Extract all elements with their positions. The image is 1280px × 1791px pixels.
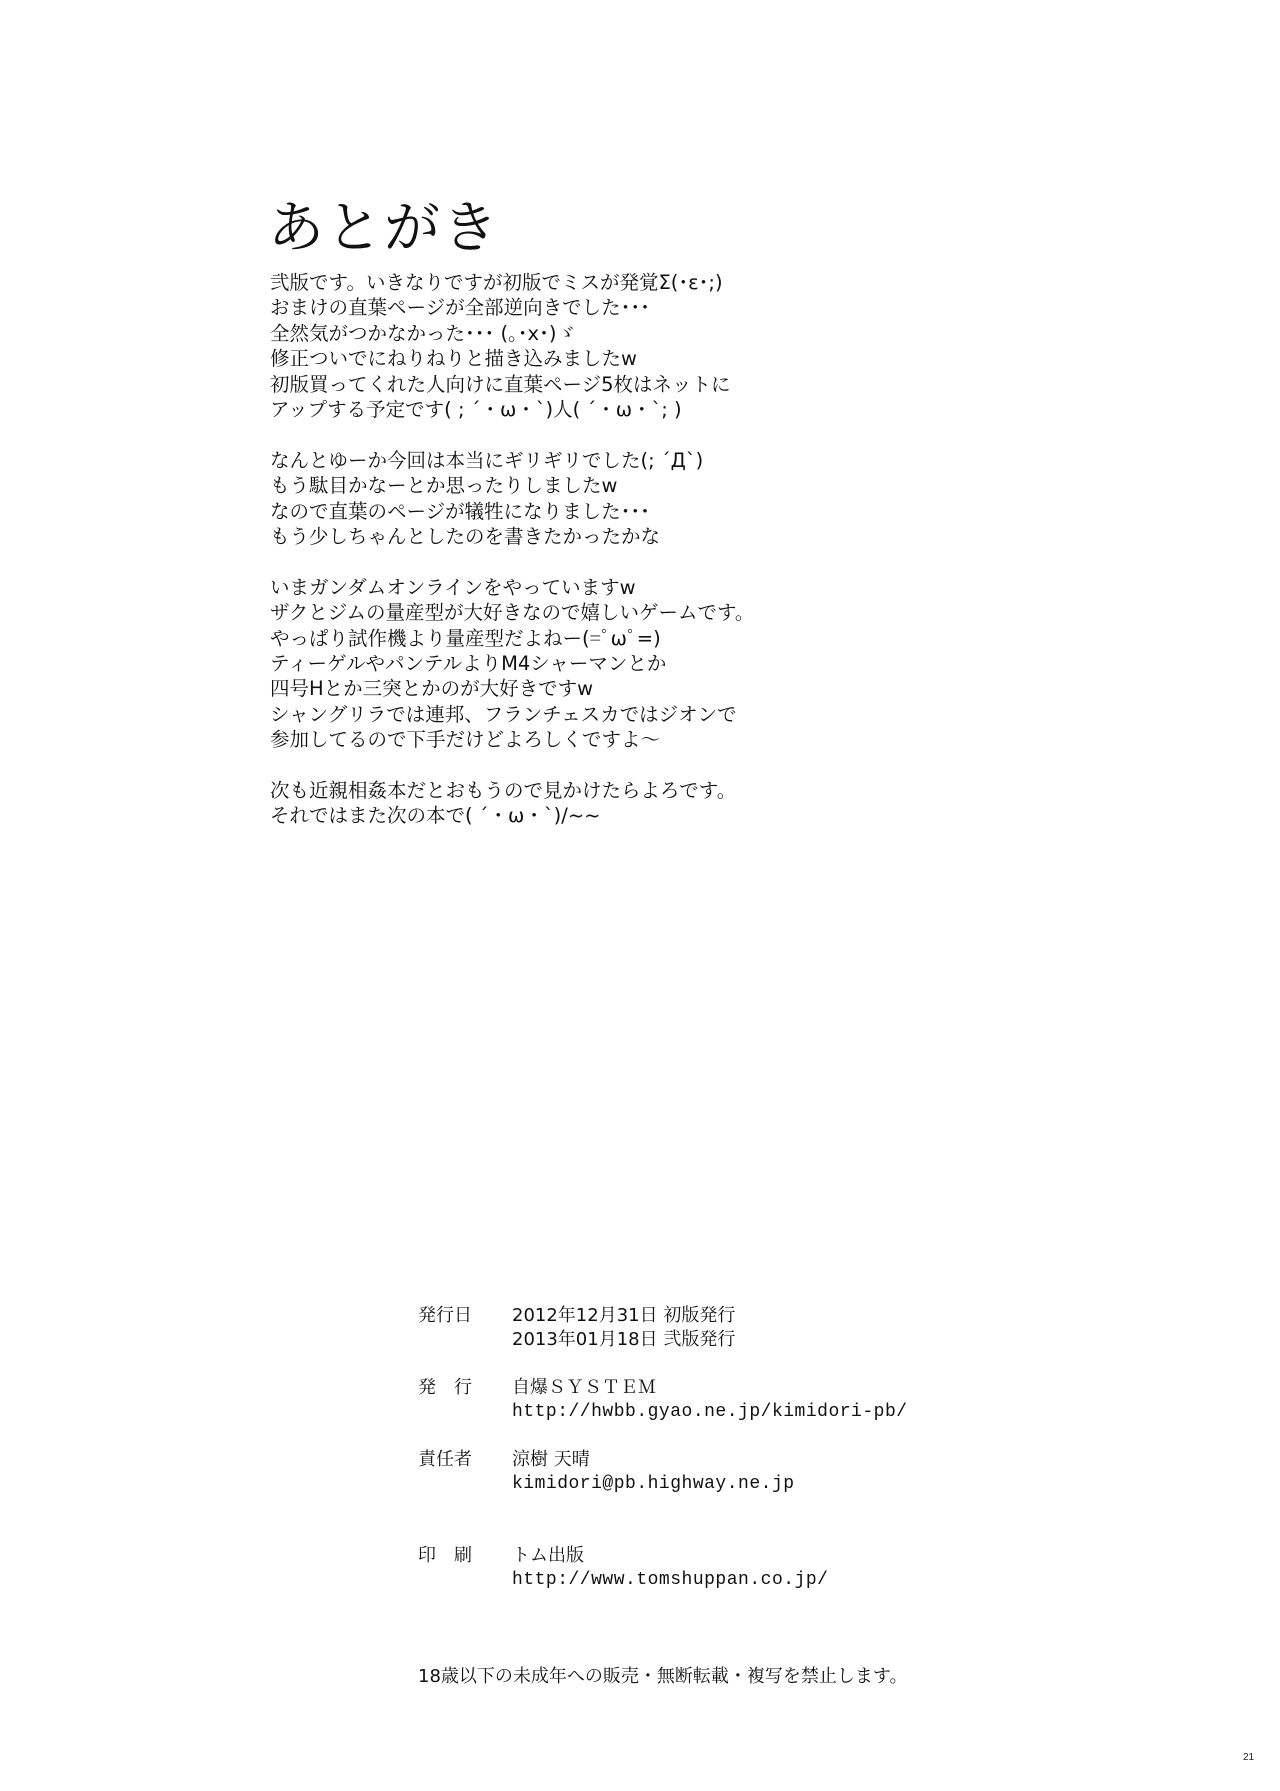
paragraph-1: 弐版です。いきなりですが初版でミスが発覚Σ(･ε･;) おまけの直葉ページが全部… <box>270 270 950 422</box>
text-line: やっぱり試作機より量産型だよねー(=ﾟωﾟ=) <box>270 626 950 651</box>
paragraph-2: なんとゆーか今回は本当にギリギリでした(; ´Д`) もう駄目かなーとか思ったり… <box>270 448 950 550</box>
paragraph-3: いまガンダムオンラインをやっていますw ザクとジムの量産型が大好きなので嬉しいゲ… <box>270 575 950 753</box>
colophon-values: 涼樹 天晴 kimidori@pb.highway.ne.jp <box>512 1448 795 1496</box>
colophon-printer: 印 刷 トム出版 http://www.tomshuppan.co.jp/ <box>418 1544 1058 1592</box>
page-number: 21 <box>1243 1752 1254 1763</box>
responsible-email: kimidori@pb.highway.ne.jp <box>512 1472 795 1496</box>
colophon: 発行日 2012年12月31日 初版発行 2013年01月18日 弐版発行 発 … <box>418 1304 1058 1616</box>
paragraph-4: 次も近親相姦本だとおもうので見かけたらよろです。 それではまた次の本で( ´・ω… <box>270 778 950 829</box>
colophon-values: 自爆ＳＹＳＴＥＭ http://hwbb.gyao.ne.jp/kimidori… <box>512 1376 908 1424</box>
second-edition-date: 2013年01月18日 弐版発行 <box>512 1328 735 1352</box>
printer-url: http://www.tomshuppan.co.jp/ <box>512 1568 828 1592</box>
text-line: いまガンダムオンラインをやっていますw <box>270 575 950 600</box>
text-line: シャングリラでは連邦、フランチェスカではジオンで <box>270 702 950 727</box>
first-edition-date: 2012年12月31日 初版発行 <box>512 1304 735 1328</box>
colophon-label: 発 行 <box>418 1376 512 1424</box>
text-line: ザクとジムの量産型が大好きなので嬉しいゲームです。 <box>270 600 950 625</box>
text-line: もう少しちゃんとしたのを書きたかったかな <box>270 524 950 549</box>
document-page: あとがき 弐版です。いきなりですが初版でミスが発覚Σ(･ε･;) おまけの直葉ペ… <box>0 0 1280 1791</box>
colophon-responsible: 責任者 涼樹 天晴 kimidori@pb.highway.ne.jp <box>418 1448 1058 1496</box>
text-line: ティーゲルやパンテルよりM4シャーマンとか <box>270 651 950 676</box>
text-line: 修正ついでにねりねりと描き込みましたw <box>270 346 950 371</box>
publisher-url: http://hwbb.gyao.ne.jp/kimidori-pb/ <box>512 1400 908 1424</box>
colophon-label: 責任者 <box>418 1448 512 1496</box>
text-line: もう駄目かなーとか思ったりしましたw <box>270 473 950 498</box>
colophon-publisher: 発 行 自爆ＳＹＳＴＥＭ http://hwbb.gyao.ne.jp/kimi… <box>418 1376 1058 1424</box>
text-line: 四号Hとか三突とかのが大好きですw <box>270 676 950 701</box>
text-line: なんとゆーか今回は本当にギリギリでした(; ´Д`) <box>270 448 950 473</box>
text-line: 次も近親相姦本だとおもうので見かけたらよろです。 <box>270 778 950 803</box>
age-restriction-notice: 18歳以下の未成年への販売・無断転載・複写を禁止します。 <box>418 1665 907 1689</box>
publisher-name: 自爆ＳＹＳＴＥＭ <box>512 1376 908 1400</box>
page-title: あとがき <box>268 196 500 262</box>
responsible-name: 涼樹 天晴 <box>512 1448 795 1472</box>
afterword-body: 弐版です。いきなりですが初版でミスが発覚Σ(･ε･;) おまけの直葉ページが全部… <box>270 270 950 854</box>
colophon-label: 発行日 <box>418 1304 512 1352</box>
text-line: アップする予定です( ; ´・ω・`)人( ´・ω・`; ) <box>270 397 950 422</box>
text-line: おまけの直葉ページが全部逆向きでした･･･ <box>270 295 950 320</box>
colophon-values: トム出版 http://www.tomshuppan.co.jp/ <box>512 1544 828 1592</box>
colophon-values: 2012年12月31日 初版発行 2013年01月18日 弐版発行 <box>512 1304 735 1352</box>
text-line: 全然気がつかなかった･･･ (｡･x･)ゞ <box>270 321 950 346</box>
text-line: なので直葉のページが犠牲になりました･･･ <box>270 499 950 524</box>
text-line: 初版買ってくれた人向けに直葉ページ5枚はネットに <box>270 372 950 397</box>
text-line: 参加してるので下手だけどよろしくですよ～ <box>270 727 950 752</box>
printer-name: トム出版 <box>512 1544 828 1568</box>
colophon-label: 印 刷 <box>418 1544 512 1592</box>
text-line: それではまた次の本で( ´・ω・`)/~~ <box>270 803 950 828</box>
text-line: 弐版です。いきなりですが初版でミスが発覚Σ(･ε･;) <box>270 270 950 295</box>
colophon-issue-date: 発行日 2012年12月31日 初版発行 2013年01月18日 弐版発行 <box>418 1304 1058 1352</box>
